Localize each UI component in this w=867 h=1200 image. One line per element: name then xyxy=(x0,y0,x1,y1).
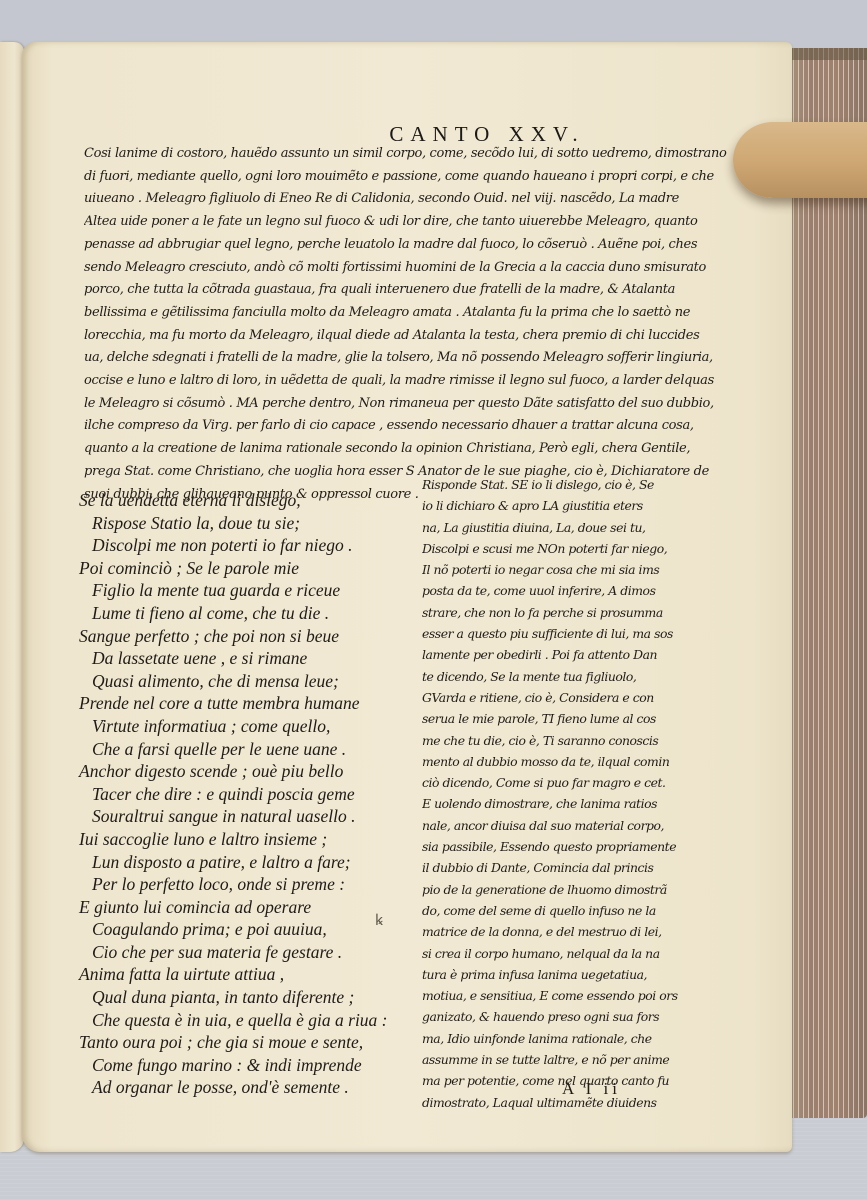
signature-mark: A I ii xyxy=(562,1079,621,1099)
gloss-line: Discolpi e scusi me NOn poterti far nieg… xyxy=(422,538,700,559)
commentary-line: penasse ad abbrugiar quel legno, perche … xyxy=(84,234,744,257)
gloss-line: il dubbio di Dante, Comincia dal princis xyxy=(422,857,700,878)
commentary-line: ua, delche sdegnati i fratelli de la mad… xyxy=(84,347,744,370)
verse-line: Iui saccoglie luno e laltro insieme ; xyxy=(79,828,409,851)
gloss-line: E uolendo dimostrare, che lanima ratios xyxy=(422,793,700,814)
gloss-line: strare, che non lo fa perche si prosumma xyxy=(422,602,700,623)
gloss-line: assumme in se tutte laltre, e nõ per ani… xyxy=(422,1049,700,1070)
verse-line: Tanto oura poi ; che gia si moue e sente… xyxy=(79,1031,409,1054)
gloss-line: dimostrato, Laqual ultimamẽte diuidens xyxy=(422,1092,700,1113)
gloss-line: matrice de la donna, e del mestruo di le… xyxy=(422,921,700,942)
gloss-line: na, La giustitia diuina, La, doue sei tu… xyxy=(422,517,700,538)
gloss-line: Risponde Stat. SE io li dislego, cio è, … xyxy=(422,474,700,495)
gloss-line: te dicendo, Se la mente tua figliuolo, xyxy=(422,666,700,687)
gloss-line: motiua, e sensitiua, E come essendo poi … xyxy=(422,985,700,1006)
verse-line: Rispose Statio la, doue tu sie; xyxy=(79,512,409,535)
verse-column: Se la uendetta eterna li dislego, Rispos… xyxy=(79,489,409,1099)
verse-line: Da lassetate uene , e si rimane xyxy=(79,647,409,670)
verse-line: Qual duna pianta, in tanto diferente ; xyxy=(79,986,409,1009)
verse-line: Poi cominciò ; Se le parole mie xyxy=(79,557,409,580)
verse-line: Ad organar le posse, ond'è semente . xyxy=(79,1076,409,1099)
verse-line: Per lo perfetto loco, onde si preme : xyxy=(79,873,409,896)
gloss-line: io li dichiaro & apro LA giustitia eters xyxy=(422,495,700,516)
commentary-line: di fuori, mediante quello, ogni loro mou… xyxy=(84,166,744,189)
gloss-line: nale, ancor diuisa dal suo material corp… xyxy=(422,815,700,836)
verse-line: Discolpi me non poterti io far niego . xyxy=(79,534,409,557)
gloss-line: mento al dubbio mosso da te, ilqual comi… xyxy=(422,751,700,772)
gloss-line: GVarda e ritiene, cio è, Considera e con xyxy=(422,687,700,708)
verse-line: Cio che per sua materia fe gestare . xyxy=(79,941,409,964)
verse-line: Quasi alimento, che di mensa leue; xyxy=(79,670,409,693)
commentary-block: Cosi lanime di costoro, hauẽdo assunto u… xyxy=(84,143,744,506)
verse-line: Souraltrui sangue in natural uasello . xyxy=(79,805,409,828)
commentary-line: le Meleagro si cõsumò . MA perche dentro… xyxy=(84,393,744,416)
commentary-line: sendo Meleagro cresciuto, andò cõ molti … xyxy=(84,257,744,280)
gloss-line: si crea il corpo humano, nelqual da la n… xyxy=(422,943,700,964)
gloss-line: ganizato, & hauendo preso ogni sua fors xyxy=(422,1006,700,1027)
book-page: CANTO XXV. Cosi lanime di costoro, hauẽd… xyxy=(22,42,792,1152)
verse-line: Anima fatta la uirtute attiua , xyxy=(79,963,409,986)
gloss-line: lamente per obedirli . Poi fa attento Da… xyxy=(422,644,700,665)
verse-line: Figlio la mente tua guarda e riceue xyxy=(79,579,409,602)
commentary-line: Cosi lanime di costoro, hauẽdo assunto u… xyxy=(84,143,744,166)
verse-line: Anchor digesto scende ; ouè piu bello xyxy=(79,760,409,783)
commentary-line: occise e luno e laltro di loro, in uẽdet… xyxy=(84,370,744,393)
commentary-line: lorecchia, ma fu morto da Meleagro, ilqu… xyxy=(84,325,744,348)
gloss-line: ma per potentie, come nel quarto canto f… xyxy=(422,1070,700,1091)
verse-line: Sangue perfetto ; che poi non si beue xyxy=(79,625,409,648)
verse-line: Lun disposto a patire, e laltro a fare; xyxy=(79,851,409,874)
gloss-line: sia passibile, Essendo questo propriamen… xyxy=(422,836,700,857)
commentary-line: ilche compreso da Virg. per farlo di cio… xyxy=(84,415,744,438)
gloss-line: pio de la generatione de lhuomo dimostrã xyxy=(422,879,700,900)
gloss-line: me che tu die, cio è, Ti saranno conosci… xyxy=(422,730,700,751)
gloss-line: esser a questo piu sufficiente di lui, m… xyxy=(422,623,700,644)
commentary-line: uiueano . Meleagro figliuolo di Eneo Re … xyxy=(84,188,744,211)
verse-line: Se la uendetta eterna li dislego, xyxy=(79,489,409,512)
verse-line: Virtute informatiua ; come quello, xyxy=(79,715,409,738)
verse-line: Lume ti fieno al come, che tu die . xyxy=(79,602,409,625)
verse-line: Prende nel core a tutte membra humane xyxy=(79,692,409,715)
left-page-edge xyxy=(0,42,24,1152)
verse-line: Come fungo marino : & indi imprende xyxy=(79,1054,409,1077)
gloss-line: tura è prima infusa lanima uegetatiua, xyxy=(422,964,700,985)
gloss-line: posta da te, come uuol inferire, A dimos xyxy=(422,580,700,601)
commentary-line: bellissima e gẽtilissima fanciulla molto… xyxy=(84,302,744,325)
gloss-line: do, come del seme di quello infuso ne la xyxy=(422,900,700,921)
commentary-line: porco, che tutta la cõtrada guastaua, fr… xyxy=(84,279,744,302)
wooden-page-weight xyxy=(733,122,867,198)
verse-line: E giunto lui comincia ad operare xyxy=(79,896,409,919)
verse-line: Tacer che dire : e quindi poscia geme xyxy=(79,783,409,806)
book-fore-edge xyxy=(788,48,867,1118)
gloss-line: ciò dicendo, Come si puo far magro e cet… xyxy=(422,772,700,793)
marginal-mark: ꝃ xyxy=(375,910,383,930)
commentary-line: quanto a la creatione de lanima rational… xyxy=(84,438,744,461)
gloss-line: Il nõ poterti io negar cosa che mi sia i… xyxy=(422,559,700,580)
gloss-column: Risponde Stat. SE io li dislego, cio è, … xyxy=(422,474,700,1113)
verse-line: Coagulando prima; e poi auuiua, xyxy=(79,918,409,941)
verse-line: Che a farsi quelle per le uene uane . xyxy=(79,738,409,761)
gloss-line: ma, Idio uinfonde lanima rationale, che xyxy=(422,1028,700,1049)
commentary-line: Altea uide poner a le fate un legno sul … xyxy=(84,211,744,234)
verse-line: Che questa è in uia, e quella è gia a ri… xyxy=(79,1009,409,1032)
gloss-line: serua le mie parole, TI fieno lume al co… xyxy=(422,708,700,729)
